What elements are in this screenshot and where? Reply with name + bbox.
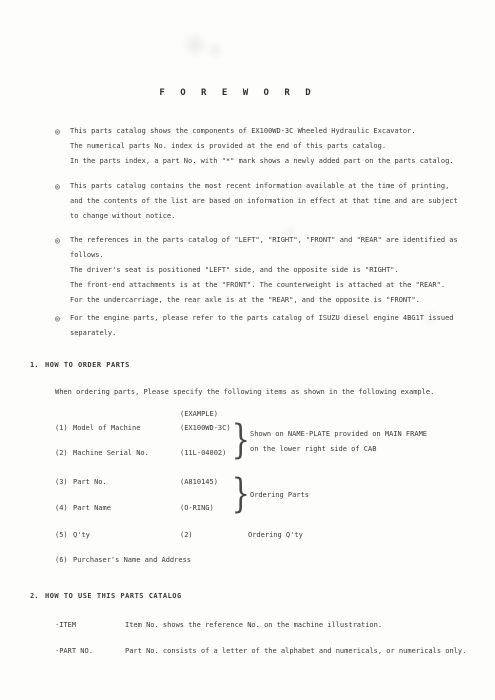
paragraph-line: and the contents of the list are based o… [70, 194, 458, 209]
row-value: (A810145) [180, 478, 218, 486]
bullet-icon: ◎ [55, 124, 60, 139]
row-number: (6) [55, 556, 73, 564]
paragraph-line: The references in the parts catalog of "… [70, 233, 458, 248]
section1-title: HOW TO ORDER PARTS [45, 361, 130, 369]
bullet-icon: ◎ [55, 311, 60, 326]
example-row: (5)Q'ty (2) Ordering Q'ty [55, 531, 90, 539]
paragraph-line: The front-end attachments is at the "FRO… [70, 278, 458, 293]
row-number: (3) [55, 478, 73, 486]
definition-desc: Part No. consists of a letter of the alp… [125, 647, 466, 655]
example-label: (EXAMPLE) [180, 410, 218, 418]
foreword-paragraph: This parts catalog contains the most rec… [70, 179, 458, 224]
row-number: (2) [55, 449, 73, 457]
row-value: (2) [180, 531, 193, 539]
ordering-parts-note: Ordering Parts [250, 491, 309, 499]
ordering-qty-note: Ordering Q'ty [248, 531, 303, 539]
name-plate-note-line2: on the lower right side of CAB [250, 445, 376, 453]
row-label: Part No. [73, 478, 107, 486]
row-label: Machine Serial No. [73, 449, 149, 457]
row-value: (11L-04002) [180, 449, 226, 457]
example-row: (2)Machine Serial No. (11L-04002) [55, 449, 149, 457]
bullet-icon: ◎ [55, 233, 60, 248]
paragraph-line: This parts catalog contains the most rec… [70, 179, 458, 194]
paragraph-line: For the engine parts, please refer to th… [70, 311, 454, 326]
paragraph-line: For the undercarriage, the rear axle is … [70, 293, 458, 308]
definition-row: ·ITEM Item No. shows the reference No. o… [55, 621, 125, 629]
row-number: (1) [55, 424, 73, 432]
row-label: Purchaser's Name and Address [73, 556, 191, 564]
paragraph-line: The driver's seat is positioned "LEFT" s… [70, 263, 458, 278]
definition-term: ·PART NO. [55, 647, 125, 655]
brace-icon: } [232, 474, 250, 514]
example-row: (4)Part Name (O-RING) [55, 504, 111, 512]
section2-number: 2. [30, 592, 38, 600]
definition-desc: Item No. shows the reference No. on the … [125, 621, 382, 629]
row-value: (EX100WD-3C) [180, 424, 231, 432]
foreword-page: F O R E W O R D ◎ This parts catalog sho… [0, 0, 495, 700]
section1-intro: When ordering parts, Please specify the … [55, 388, 434, 396]
paragraph-line: In the parts index, a part No. with "*" … [70, 154, 454, 169]
row-label: Part Name [73, 504, 111, 512]
example-row: (3)Part No. (A810145) [55, 478, 107, 486]
page-title: F O R E W O R D [0, 88, 475, 98]
definition-term: ·ITEM [55, 621, 125, 629]
brace-icon: } [232, 420, 250, 460]
foreword-paragraph: For the engine parts, please refer to th… [70, 311, 454, 341]
row-value: (O-RING) [180, 504, 214, 512]
row-number: (4) [55, 504, 73, 512]
example-row: (1)Model of Machine (EX100WD-3C) [55, 424, 140, 432]
definition-row: ·PART NO. Part No. consists of a letter … [55, 647, 125, 655]
paragraph-line: follows. [70, 248, 458, 263]
section1-number: 1. [30, 361, 38, 369]
paragraph-line: to change without notice. [70, 209, 458, 224]
foreword-paragraph: This parts catalog shows the components … [70, 124, 454, 169]
row-label: Model of Machine [73, 424, 140, 432]
row-label: Q'ty [73, 531, 90, 539]
bullet-icon: ◎ [55, 179, 60, 194]
paragraph-line: This parts catalog shows the components … [70, 124, 454, 139]
name-plate-note-line1: Shown on NAME-PLATE provided on MAIN FRA… [250, 430, 427, 438]
foreword-paragraph: The references in the parts catalog of "… [70, 233, 458, 308]
paragraph-line: separately. [70, 326, 454, 341]
example-row: (6)Purchaser's Name and Address [55, 556, 191, 564]
section2-title: HOW TO USE THIS PARTS CATALOG [45, 592, 182, 600]
row-number: (5) [55, 531, 73, 539]
paragraph-line: The numerical parts No. index is provide… [70, 139, 454, 154]
